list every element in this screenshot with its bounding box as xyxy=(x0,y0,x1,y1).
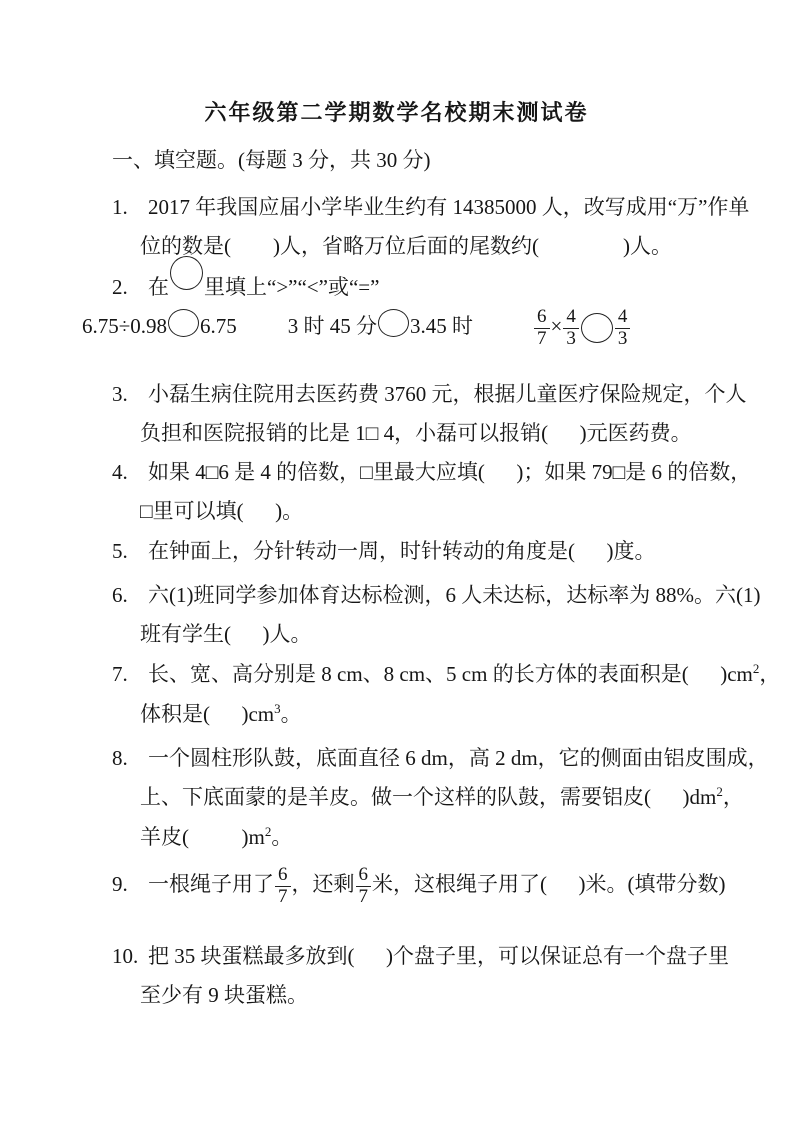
fraction-numerator: 4 xyxy=(615,307,631,328)
comparison-item-right: 3.45 时 xyxy=(410,314,473,338)
question-3-line-2: 负担和医院报销的比是 1□ 4，小磊可以报销( )元医药费。 xyxy=(140,420,692,446)
question-text: 一根绳子用了 xyxy=(148,872,274,896)
question-text: ， xyxy=(759,662,780,686)
fraction: 43 xyxy=(562,307,580,350)
comparison-item-left: 6.75÷0.98 xyxy=(82,314,167,338)
question-text: 里填上“>”“<”或“=” xyxy=(204,275,379,299)
fraction-numerator: 4 xyxy=(563,307,579,328)
question-text: ， xyxy=(723,785,744,809)
question-2-line-2: 6.75÷0.986.753 时 45 分3.45 时67×4343 xyxy=(82,307,631,350)
question-8-line-1: 8.一个圆柱形队鼓，底面直径 6 dm，高 2 dm，它的侧面由铝皮围成， xyxy=(112,745,769,771)
question-text: 六(1)班同学参加体育达标检测，6 人未达标，达标率为 88%。六(1) xyxy=(148,583,760,607)
question-6-line-2: 班有学生( )人。 xyxy=(140,621,312,647)
question-4-line-2: □里可以填( )。 xyxy=(140,498,303,524)
question-text: 上、下底面蒙的是羊皮。做一个这样的队鼓，需要铝皮( )dm xyxy=(140,785,716,809)
multiply-sign: × xyxy=(551,314,563,338)
question-number: 5. xyxy=(112,538,148,564)
question-8-line-2: 上、下底面蒙的是羊皮。做一个这样的队鼓，需要铝皮( )dm2， xyxy=(140,784,744,810)
question-number: 1. xyxy=(112,194,148,220)
fraction-denominator: 7 xyxy=(356,886,372,908)
comparison-circle xyxy=(378,309,409,337)
comparison-circle xyxy=(168,309,199,337)
fraction-numerator: 6 xyxy=(275,865,291,886)
comparison-circle xyxy=(581,313,613,343)
question-7-line-1: 7.长、宽、高分别是 8 cm、8 cm、5 cm 的长方体的表面积是( )cm… xyxy=(112,661,780,687)
question-3-line-1: 3.小磊生病住院用去医药费 3760 元，根据儿童医疗保险规定，个人 xyxy=(112,381,747,407)
comparison-circle xyxy=(170,256,203,290)
question-text: 在钟面上，分针转动一周，时针转动的角度是( )度。 xyxy=(148,539,655,563)
question-6-line-1: 6.六(1)班同学参加体育达标检测，6 人未达标，达标率为 88%。六(1) xyxy=(112,582,760,608)
question-number: 10. xyxy=(112,943,148,969)
question-number: 8. xyxy=(112,745,148,771)
fraction-denominator: 7 xyxy=(534,328,550,350)
question-text: □里可以填( )。 xyxy=(140,499,303,523)
section-heading: 一、填空题。(每题 3 分，共 30 分) xyxy=(112,147,431,173)
question-8-line-3: 羊皮( )m2。 xyxy=(140,824,292,850)
question-9-line-1: 9.一根绳子用了67，还剩67米，这根绳子用了( )米。(填带分数) xyxy=(112,865,725,908)
question-5-line-1: 5.在钟面上，分针转动一周，时针转动的角度是( )度。 xyxy=(112,538,655,564)
spacer xyxy=(237,332,288,333)
question-text: 米，这根绳子用了( )米。(填带分数) xyxy=(372,872,725,896)
question-number: 3. xyxy=(112,381,148,407)
question-number: 7. xyxy=(112,661,148,687)
question-text: 如果 4□6 是 4 的倍数，□里最大应填( )；如果 79□是 6 的倍数， xyxy=(148,460,751,484)
question-text: 负担和医院报销的比是 1□ 4，小磊可以报销( )元医药费。 xyxy=(140,421,692,445)
fraction-denominator: 3 xyxy=(615,328,631,350)
question-1-line-1: 1.2017 年我国应届小学毕业生约有 14385000 人，改写成用“万”作单 xyxy=(112,194,749,220)
question-text: 。 xyxy=(281,702,302,726)
fraction-denominator: 3 xyxy=(563,328,579,350)
fraction-numerator: 6 xyxy=(356,865,372,886)
question-text: 。 xyxy=(271,825,292,849)
question-number: 9. xyxy=(112,871,148,897)
question-text: 位的数是( )人，省略万位后面的尾数约( )人。 xyxy=(140,234,672,258)
comparison-item-left: 3 时 45 分 xyxy=(288,314,377,338)
fraction: 67 xyxy=(533,307,551,350)
question-text: 在 xyxy=(148,275,169,299)
spacer xyxy=(473,332,533,333)
question-2-line-1: 2.在里填上“>”“<”或“=” xyxy=(112,256,379,300)
test-paper-page: 六年级第二学期数学名校期末测试卷 一、填空题。(每题 3 分，共 30 分) 1… xyxy=(0,0,793,1122)
question-10-line-2: 至少有 9 块蛋糕。 xyxy=(140,982,308,1008)
page-title: 六年级第二学期数学名校期末测试卷 xyxy=(0,100,793,126)
fraction-numerator: 6 xyxy=(534,307,550,328)
fraction: 67 xyxy=(355,865,373,908)
question-text: 小磊生病住院用去医药费 3760 元，根据儿童医疗保险规定，个人 xyxy=(148,382,747,406)
fraction: 43 xyxy=(614,307,632,350)
question-number: 6. xyxy=(112,582,148,608)
question-7-line-2: 体积是( )cm3。 xyxy=(140,701,302,727)
question-4-line-1: 4.如果 4□6 是 4 的倍数，□里最大应填( )；如果 79□是 6 的倍数… xyxy=(112,459,751,485)
question-text: 班有学生( )人。 xyxy=(140,622,312,646)
comparison-item-right: 6.75 xyxy=(200,314,237,338)
question-text: 长、宽、高分别是 8 cm、8 cm、5 cm 的长方体的表面积是( )cm xyxy=(148,662,753,686)
question-number: 4. xyxy=(112,459,148,485)
question-text: 2017 年我国应届小学毕业生约有 14385000 人，改写成用“万”作单 xyxy=(148,195,749,219)
question-text: 体积是( )cm xyxy=(140,702,274,726)
question-10-line-1: 10.把 35 块蛋糕最多放到( )个盘子里，可以保证总有一个盘子里 xyxy=(112,943,729,969)
fraction-denominator: 7 xyxy=(275,886,291,908)
question-text: 至少有 9 块蛋糕。 xyxy=(140,983,308,1007)
question-text: 把 35 块蛋糕最多放到( )个盘子里，可以保证总有一个盘子里 xyxy=(148,944,729,968)
question-text: ，还剩 xyxy=(292,872,355,896)
question-number: 2. xyxy=(112,274,148,300)
fraction: 67 xyxy=(274,865,292,908)
question-text: 一个圆柱形队鼓，底面直径 6 dm，高 2 dm，它的侧面由铝皮围成， xyxy=(148,746,769,770)
question-text: 羊皮( )m xyxy=(140,825,265,849)
